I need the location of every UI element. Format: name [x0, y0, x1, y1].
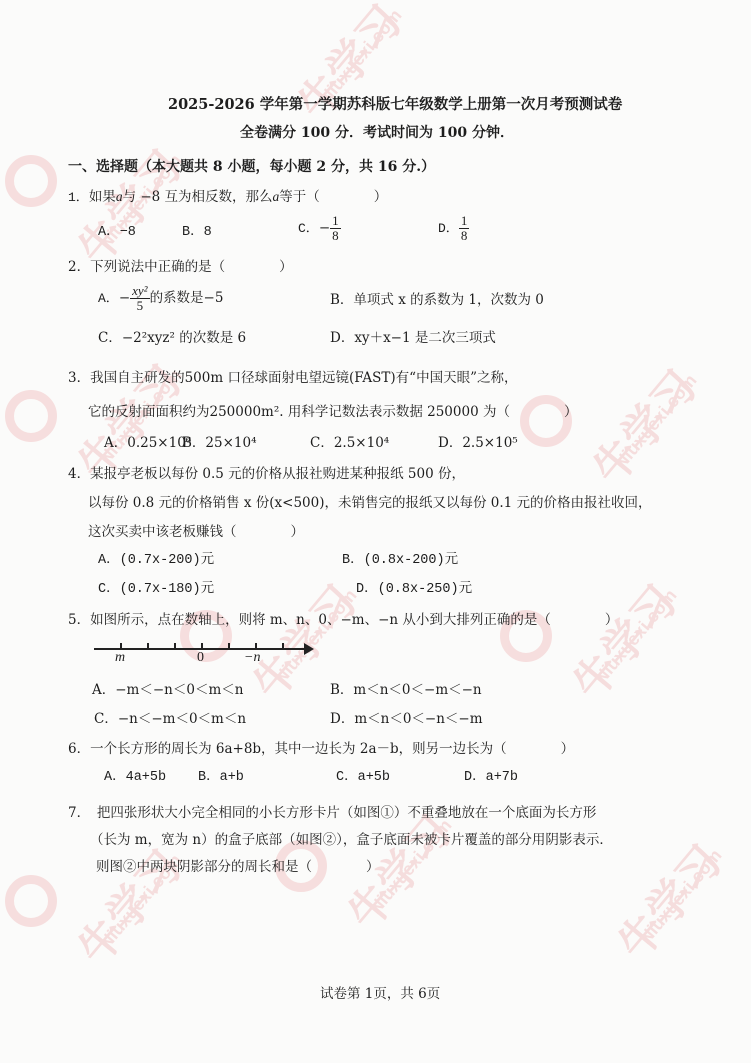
exam-title: 2025-2026 学年第一学期苏科版七年级数学上册第一次月考预测试卷 — [168, 96, 622, 114]
question-6-option-c[interactable]: C．a+5b — [336, 769, 390, 787]
question-5-stem: 5．如图所示，点在数轴上，则将 m、n、0、−m、−n 从小到大排列正确的是（ … — [68, 611, 618, 629]
number-line-diagram: m 0 −n — [94, 640, 314, 670]
question-4-line-2: 以每份 0.8 元的价格销售 x 份(x<500)，未销售完的报纸又以每份 0.… — [88, 494, 652, 512]
question-1-option-d[interactable]: D．18 — [438, 214, 469, 243]
label-zero: 0 — [197, 650, 204, 666]
question-7-line-2: （长为 m，宽为 n）的盒子底部（如图②），盒子底面未被卡片覆盖的部分用阴影表示… — [90, 831, 613, 849]
question-6-option-a[interactable]: A．4a+5b — [104, 769, 166, 787]
question-6-stem: 6．一个长方形的周长为 6a+8b，其中一边长为 2a－b，则另一边长为（ ） — [68, 740, 574, 758]
question-4-option-c[interactable]: C．(0.7x-180)元 — [98, 581, 214, 599]
tick — [147, 643, 149, 649]
question-1-option-c[interactable]: C．−18 — [298, 214, 341, 243]
tick — [120, 643, 122, 649]
question-3-line-2: 它的反射面面积约为250000m². 用科学记数法表示数据 250000 为（ … — [88, 403, 577, 421]
exam-subtitle: 全卷满分 100 分．考试时间为 100 分钟． — [240, 124, 514, 142]
question-4-option-a[interactable]: A．(0.7x-200)元 — [98, 552, 214, 570]
tick — [282, 643, 284, 649]
arrow-right-icon — [304, 643, 314, 655]
section-heading: 一、选择题（本大题共 8 小题，每小题 2 分，共 16 分.） — [68, 158, 435, 176]
question-1-option-b[interactable]: B．8 — [182, 224, 212, 242]
question-2-option-a[interactable]: A．−xy²5的系数是−5 — [98, 284, 223, 313]
question-1-option-a[interactable]: A．−8 — [98, 224, 136, 242]
tick — [255, 643, 257, 649]
label-neg-n: −n — [244, 650, 260, 666]
page-footer: 试卷第 1页，共 6页 — [320, 985, 440, 1003]
question-5-option-a[interactable]: A．−m＜−n＜0＜m＜n — [92, 681, 243, 699]
question-1-stem: 1．如果a与 −8 互为相反数，那么a等于（ ） — [68, 188, 387, 207]
question-2-stem: 2．下列说法中正确的是（ ） — [68, 258, 293, 276]
tick — [228, 643, 230, 649]
question-2-option-d[interactable]: D．xy＋x−1 是二次三项式 — [330, 329, 496, 347]
question-5-option-d[interactable]: D．m＜n＜0＜−n＜−m — [330, 710, 483, 728]
question-7-line-1: 7． 把四张形状大小完全相同的小长方形卡片（如图①）不重叠地放在一个底面为长方形 — [68, 804, 596, 822]
question-3-option-b[interactable]: B．25×10⁴ — [182, 434, 257, 452]
question-5-option-c[interactable]: C．−n＜−m＜0＜m＜n — [94, 710, 246, 728]
question-3-option-c[interactable]: C．2.5×10⁴ — [310, 434, 389, 452]
question-3-line-1: 3．我国自主研发的500m 口径球面射电望远镜(FAST)有“中国天眼”之称， — [68, 369, 517, 387]
question-4-option-b[interactable]: B．(0.8x-200)元 — [342, 552, 458, 570]
question-3-option-d[interactable]: D．2.5×10⁵ — [438, 434, 518, 452]
question-4-line-3: 这次买卖中该老板赚钱（ ） — [88, 523, 304, 541]
question-2-option-c[interactable]: C．−2²xyz² 的次数是 6 — [98, 329, 246, 347]
question-3-option-a[interactable]: A．0.25×10⁶ — [104, 434, 191, 452]
question-6-option-b[interactable]: B．a+b — [198, 769, 244, 787]
question-7-line-3: 则图②中两块阴影部分的周长和是（ ） — [96, 858, 380, 876]
question-6-option-d[interactable]: D．a+7b — [464, 769, 518, 787]
question-4-line-1: 4．某报亭老板以每份 0.5 元的价格从报社购进某种报纸 500 份， — [68, 465, 465, 483]
label-m: m — [115, 650, 125, 666]
question-2-option-b[interactable]: B．单项式 x 的系数为 1，次数为 0 — [330, 291, 544, 309]
question-5-option-b[interactable]: B．m＜n＜0＜−m＜−n — [330, 681, 482, 699]
question-4-option-d[interactable]: D．(0.8x-250)元 — [356, 581, 472, 599]
tick — [201, 643, 203, 649]
tick — [174, 643, 176, 649]
